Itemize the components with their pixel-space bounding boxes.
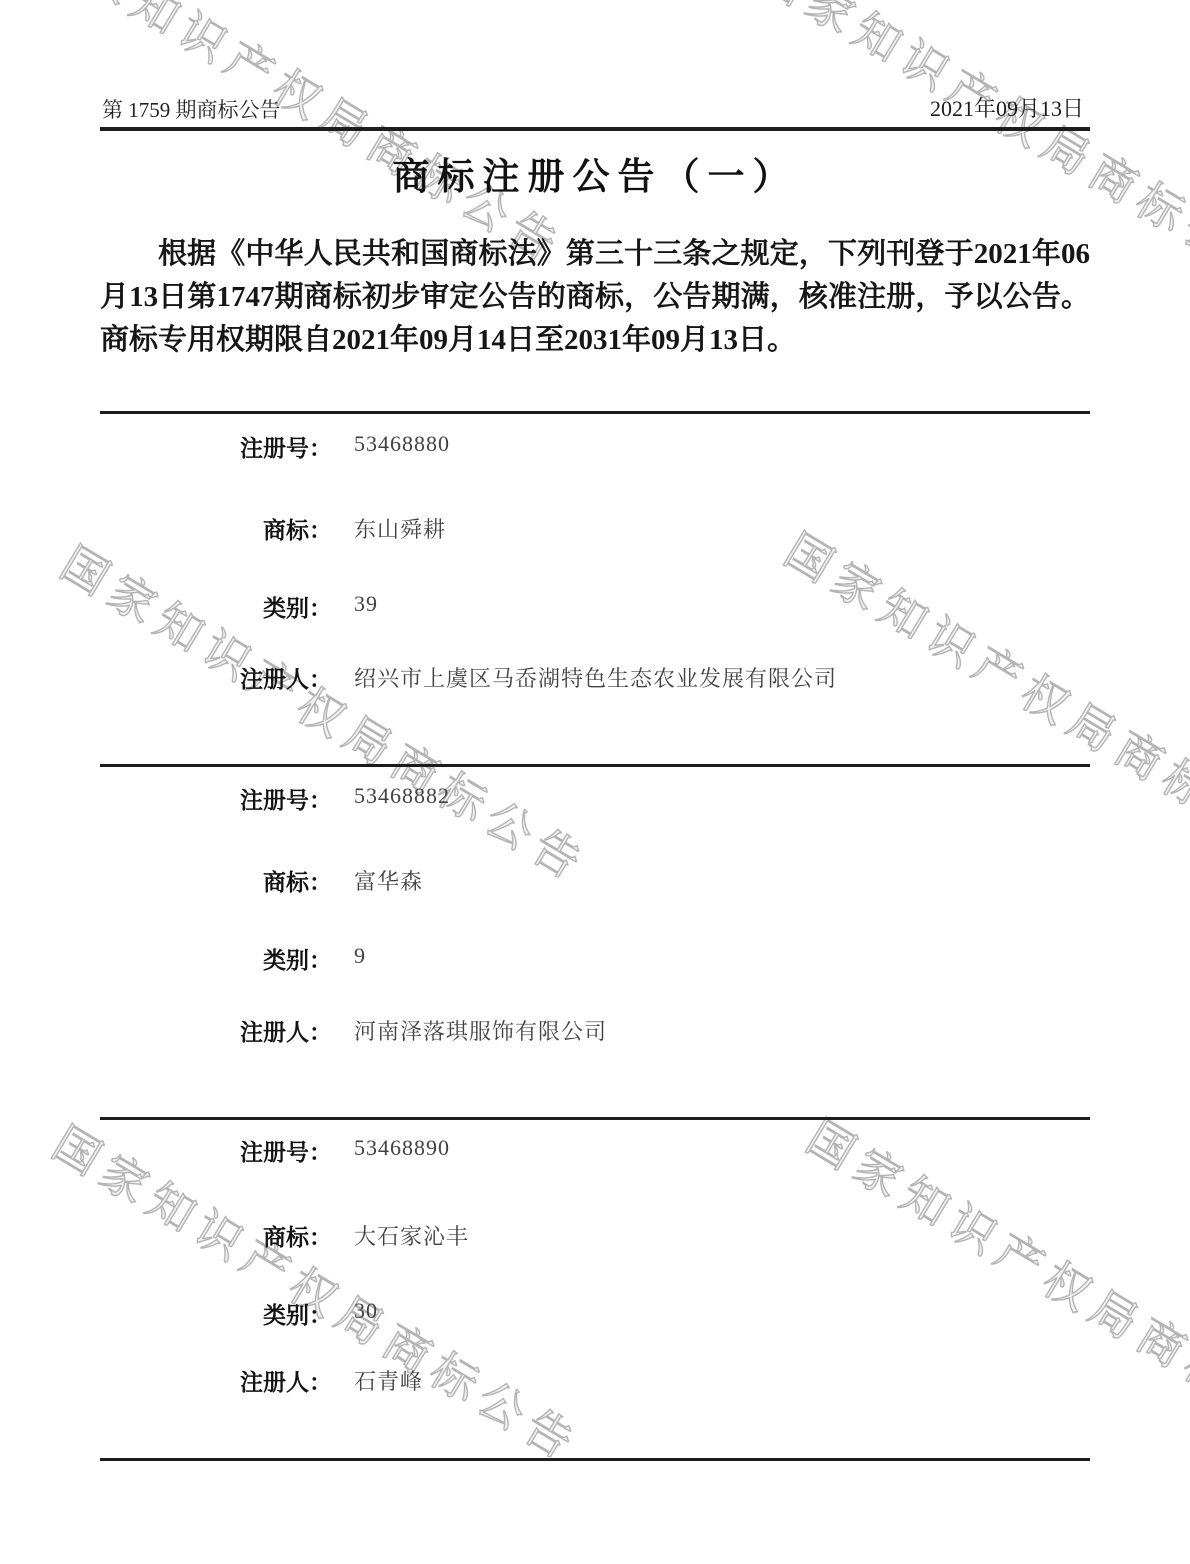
record-3-reg-no-row: 注册号： 53468890	[100, 1134, 1090, 1166]
class-value: 39	[354, 591, 378, 617]
reg-no-value: 53468882	[354, 783, 450, 809]
gazette-issue-number: 第 1759 期商标公告	[102, 94, 281, 124]
record-3-registrant-row: 注册人： 石青峰	[100, 1364, 1090, 1396]
publication-date: 2021年09月13日	[930, 92, 1084, 123]
reg-no-value: 53468880	[354, 431, 450, 457]
record-divider	[100, 411, 1090, 414]
mark-label: 商标：	[100, 1219, 332, 1252]
class-label: 类别：	[100, 942, 332, 975]
record-2-class-row: 类别： 9	[100, 942, 1090, 974]
class-value: 9	[354, 943, 366, 969]
record-1-reg-no-row: 注册号： 53468880	[100, 430, 1090, 462]
watermark-middle-right: 国家知识产权局商标公告	[774, 515, 1190, 883]
page-title: 商标注册公告（一）	[100, 146, 1090, 200]
record-1-registrant-row: 注册人： 绍兴市上虞区马岙湖特色生态农业发展有限公司	[100, 661, 1090, 693]
registrant-label: 注册人：	[100, 1014, 332, 1047]
reg-no-value: 53468890	[354, 1135, 450, 1161]
reg-no-label: 注册号：	[100, 430, 332, 463]
record-divider	[100, 1117, 1090, 1120]
registrant-value: 石青峰	[354, 1365, 423, 1396]
record-divider	[100, 764, 1090, 767]
record-1-class-row: 类别： 39	[100, 590, 1090, 622]
class-value: 30	[354, 1298, 378, 1324]
registrant-value: 绍兴市上虞区马岙湖特色生态农业发展有限公司	[354, 662, 837, 693]
mark-value: 东山舜耕	[354, 513, 446, 544]
mark-value: 大石家沁丰	[354, 1220, 469, 1251]
bottom-divider	[100, 1458, 1090, 1461]
class-label: 类别：	[100, 1297, 332, 1330]
intro-paragraph: 根据《中华人民共和国商标法》第三十三条之规定，下列刊登于2021年06月13日第…	[100, 233, 1090, 362]
watermark-middle-left: 国家知识产权局商标公告	[50, 528, 603, 896]
record-3-mark-row: 商标： 大石家沁丰	[100, 1219, 1090, 1251]
header-divider	[100, 127, 1090, 131]
class-label: 类别：	[100, 590, 332, 623]
record-1-mark-row: 商标： 东山舜耕	[100, 512, 1090, 544]
record-3-class-row: 类别： 30	[100, 1297, 1090, 1329]
record-2-mark-row: 商标： 富华森	[100, 864, 1090, 896]
reg-no-label: 注册号：	[100, 782, 332, 815]
mark-value: 富华森	[354, 865, 423, 896]
record-2-reg-no-row: 注册号： 53468882	[100, 782, 1090, 814]
mark-label: 商标：	[100, 864, 332, 897]
registrant-label: 注册人：	[100, 661, 332, 694]
gazette-page: 国家知识产权局商标公告 国家知识产权局商标公告 国家知识产权局商标公告 国家知识…	[0, 0, 1190, 1564]
mark-label: 商标：	[100, 512, 332, 545]
reg-no-label: 注册号：	[100, 1134, 332, 1167]
registrant-value: 河南泽落琪服饰有限公司	[354, 1015, 607, 1046]
record-2-registrant-row: 注册人： 河南泽落琪服饰有限公司	[100, 1014, 1090, 1046]
registrant-label: 注册人：	[100, 1364, 332, 1397]
